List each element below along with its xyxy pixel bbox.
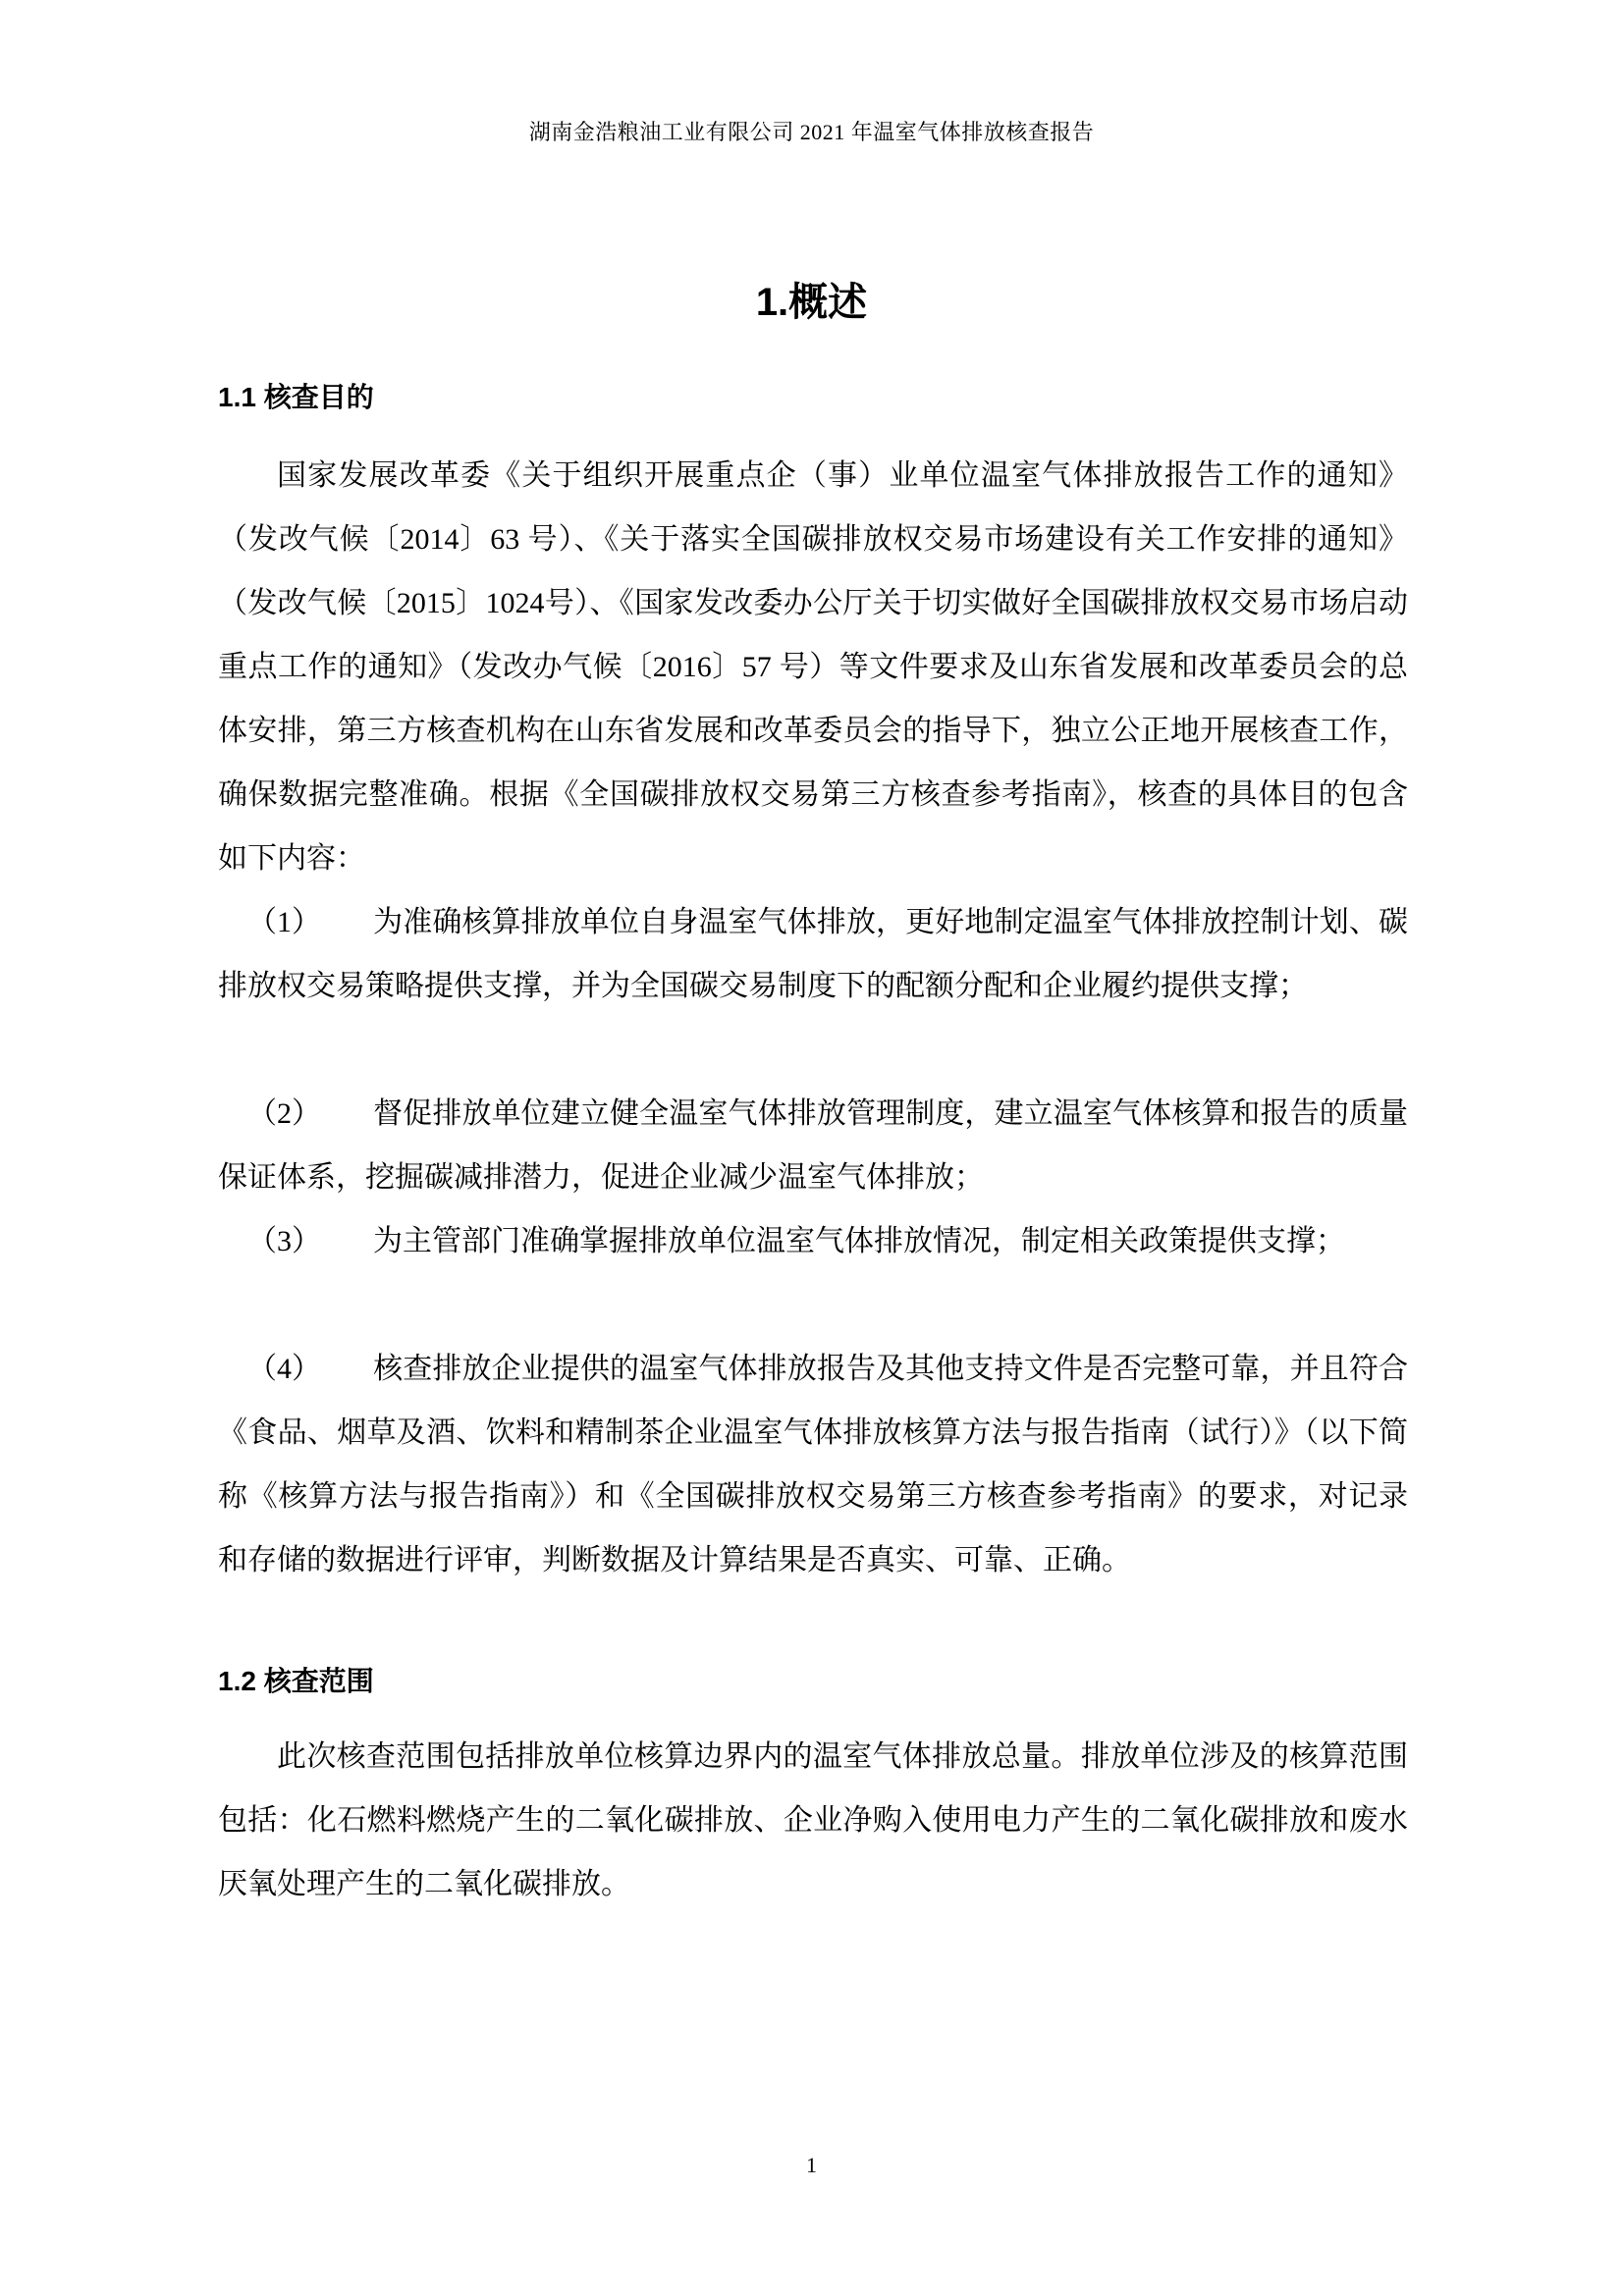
list-item-number: （2）: [218, 1082, 373, 1146]
purpose-list-item-1: （1）为准确核算排放单位自身温室气体排放，更好地制定温室气体排放控制计划、碳排放…: [218, 890, 1408, 1018]
running-header: 湖南金浩粮油工业有限公司 2021 年温室气体排放核查报告: [0, 116, 1623, 146]
section-heading-1-1: 1.1 核查目的: [218, 376, 374, 415]
list-item-text: 核查排放企业提供的温室气体排放报告及其他支持文件是否完整可靠，并且符合《食品、烟…: [218, 1353, 1408, 1576]
purpose-list-item-4: （4）核查排放企业提供的温室气体排放报告及其他支持文件是否完整可靠，并且符合《食…: [218, 1337, 1408, 1592]
page-number: 1: [0, 2153, 1623, 2178]
purpose-list-item-2: （2）督促排放单位建立健全温室气体排放管理制度，建立温室气体核算和报告的质量保证…: [218, 1082, 1408, 1209]
list-item-number: （3）: [218, 1209, 373, 1273]
list-item-number: （4）: [218, 1337, 373, 1401]
chapter-title: 1.概述: [0, 271, 1623, 327]
section-heading-1-2: 1.2 核查范围: [218, 1660, 374, 1699]
purpose-list-item-3: （3）为主管部门准确掌握排放单位温室气体排放情况，制定相关政策提供支撑；: [218, 1209, 1408, 1273]
section-1-1-intro-paragraph: 国家发展改革委《关于组织开展重点企（事）业单位温室气体排放报告工作的通知》（发改…: [218, 444, 1408, 890]
list-item-text: 督促排放单位建立健全温室气体排放管理制度，建立温室气体核算和报告的质量保证体系，…: [218, 1097, 1408, 1194]
section-1-2-body-paragraph: 此次核查范围包括排放单位核算边界内的温室气体排放总量。排放单位涉及的核算范围包括…: [218, 1725, 1408, 1916]
list-item-number: （1）: [218, 890, 373, 954]
list-item-text: 为准确核算排放单位自身温室气体排放，更好地制定温室气体排放控制计划、碳排放权交易…: [218, 906, 1408, 1002]
list-item-text: 为主管部门准确掌握排放单位温室气体排放情况，制定相关政策提供支撑；: [373, 1225, 1345, 1257]
